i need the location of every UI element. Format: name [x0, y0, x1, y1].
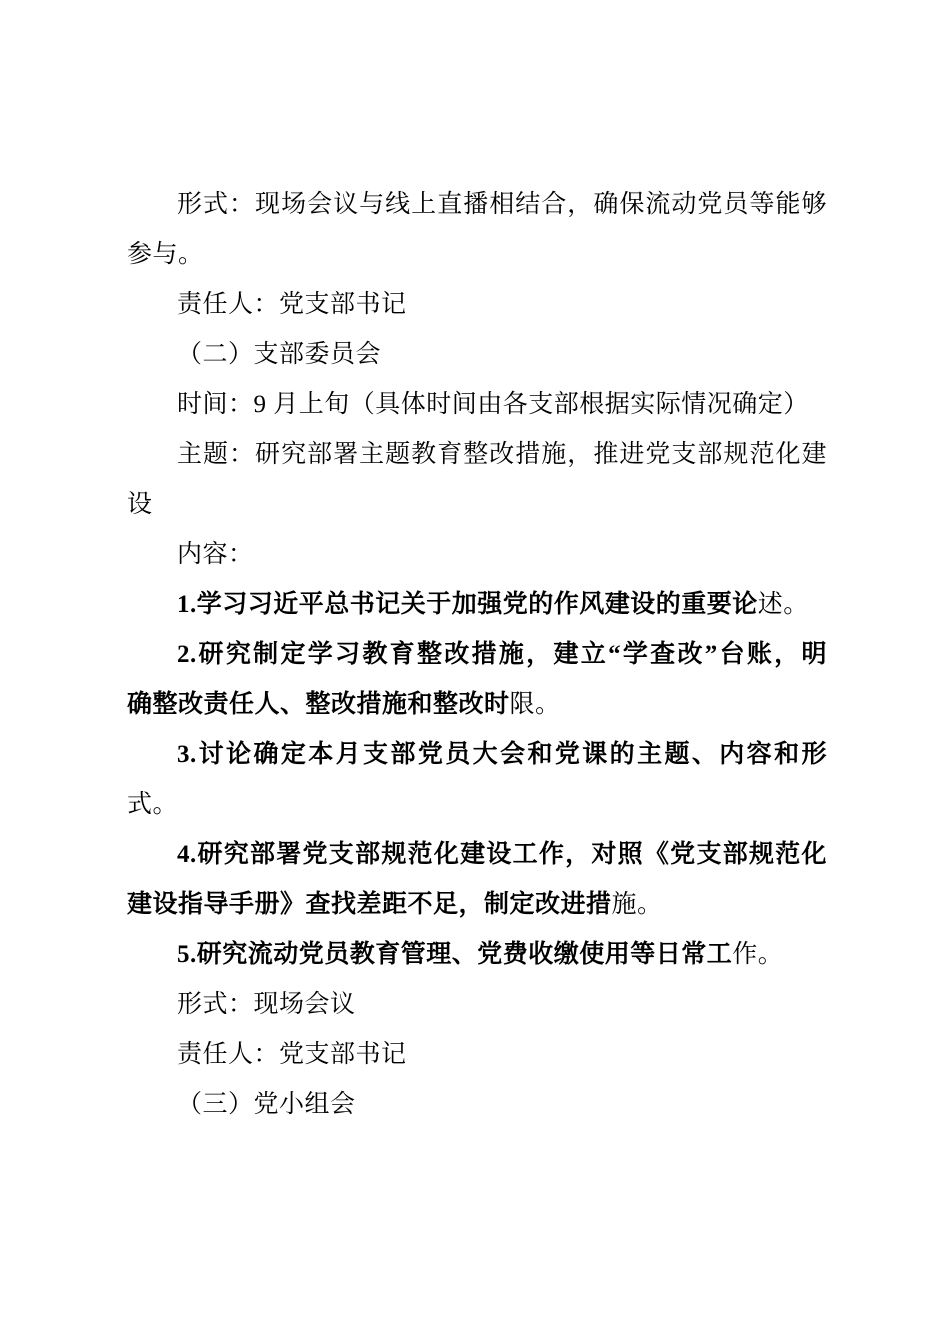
- text-run: 责任人：党支部书记: [177, 1041, 407, 1068]
- text-line: 参与。: [127, 230, 827, 280]
- text-run: 式。: [127, 791, 178, 818]
- text-run: 时间：9 月上旬（具体时间由各支部根据实际情况确定）: [177, 391, 809, 418]
- text-run: 参与。: [127, 241, 204, 268]
- text-run: 设: [127, 491, 153, 518]
- text-run: （二）支部委员会: [177, 341, 381, 368]
- text-line: （二）支部委员会: [127, 330, 827, 380]
- text-run: 形式：现场会议与线上直播相结合，确保流动党员等能够: [177, 191, 827, 218]
- text-line: 5.研究流动党员教育管理、党费收缴使用等日常工作。: [127, 930, 827, 980]
- text-run: 施。: [612, 891, 663, 918]
- text-line: 2.研究制定学习教育整改措施，建立“学查改”台账，明: [127, 630, 827, 680]
- text-run: 3.讨论确定本月支部党员大会和党课的主题、内容和形: [177, 741, 827, 768]
- text-run: 形式：现场会议: [177, 991, 356, 1018]
- text-run: 限。: [510, 691, 561, 718]
- text-line: 式。: [127, 780, 827, 830]
- text-run: 5.研究流动党员教育管理、党费收缴使用等日常工: [177, 941, 732, 968]
- text-run: 确整改责任人、整改措施和整改时: [127, 691, 510, 718]
- text-line: 主题：研究部署主题教育整改措施，推进党支部规范化建: [127, 430, 827, 480]
- text-line: 内容：: [127, 530, 827, 580]
- text-line: 建设指导手册》查找差距不足，制定改进措施。: [127, 880, 827, 930]
- text-run: 责任人：党支部书记: [177, 291, 407, 318]
- text-line: 责任人：党支部书记: [127, 280, 827, 330]
- text-run: 作。: [732, 941, 783, 968]
- document-page[interactable]: 形式：现场会议与线上直播相结合，确保流动党员等能够参与。责任人：党支部书记（二）…: [0, 0, 950, 1344]
- text-line: 1.学习习近平总书记关于加强党的作风建设的重要论述。: [127, 580, 827, 630]
- text-line: 3.讨论确定本月支部党员大会和党课的主题、内容和形: [127, 730, 827, 780]
- text-run: 述。: [758, 591, 809, 618]
- text-run: （三）党小组会: [177, 1091, 356, 1118]
- text-line: 时间：9 月上旬（具体时间由各支部根据实际情况确定）: [127, 380, 827, 430]
- text-line: 形式：现场会议: [127, 980, 827, 1030]
- text-run: 1.学习习近平总书记关于加强党的作风建设的重要论: [177, 591, 758, 618]
- document-body: 形式：现场会议与线上直播相结合，确保流动党员等能够参与。责任人：党支部书记（二）…: [127, 180, 827, 1130]
- text-line: （三）党小组会: [127, 1080, 827, 1130]
- text-run: 主题：研究部署主题教育整改措施，推进党支部规范化建: [177, 441, 827, 468]
- text-line: 形式：现场会议与线上直播相结合，确保流动党员等能够: [127, 180, 827, 230]
- text-run: 2.研究制定学习教育整改措施，建立“学查改”台账，明: [177, 641, 827, 668]
- text-run: 建设指导手册》查找差距不足，制定改进措: [127, 891, 612, 918]
- text-run: 4.研究部署党支部规范化建设工作，对照《党支部规范化: [177, 841, 827, 868]
- text-line: 设: [127, 480, 827, 530]
- text-line: 责任人：党支部书记: [127, 1030, 827, 1080]
- text-line: 确整改责任人、整改措施和整改时限。: [127, 680, 827, 730]
- text-line: 4.研究部署党支部规范化建设工作，对照《党支部规范化: [127, 830, 827, 880]
- text-run: 内容：: [177, 541, 254, 568]
